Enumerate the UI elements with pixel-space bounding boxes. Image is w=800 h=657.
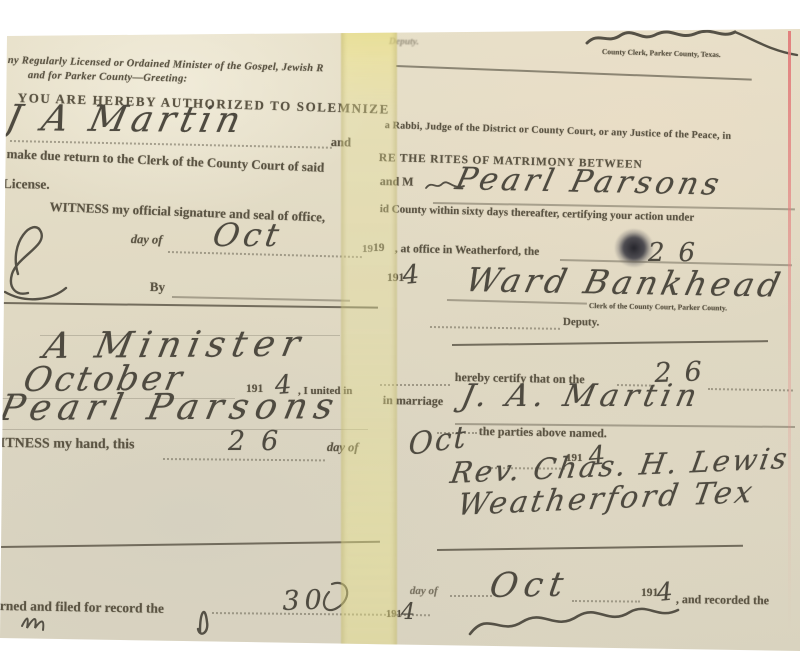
right-top-rule — [396, 65, 752, 81]
tape-strip — [341, 0, 397, 657]
groom-signature-left: J A Martin — [2, 98, 249, 141]
parties-named-line: the parties above named. — [479, 424, 607, 441]
office-weatherford-line: , at office in Weatherford, the — [395, 243, 540, 258]
rabbi-judge-line: a Rabbi, Judge of the District or County… — [385, 120, 732, 142]
certify-trail-line — [708, 388, 793, 391]
ledger-line-3 — [0, 429, 368, 430]
clerk-title-top: County Clerk, Parker County, Texas. — [602, 47, 721, 59]
deputy-line — [430, 326, 560, 330]
marriage-record-photo: ny Regularly Licensed or Ordained Minist… — [0, 0, 800, 657]
screenshot-root: { "document_kind": "Photograph of a 1914… — [0, 0, 800, 657]
bride-signature-left: Pearl Parsons — [0, 386, 344, 429]
signature-flourish-svg — [4, 208, 76, 304]
red-margin-line — [788, 31, 791, 631]
right-section-divider-2 — [437, 545, 743, 551]
left-section-divider — [0, 302, 378, 309]
right-section-divider — [452, 340, 768, 346]
year-digit-clerk: 4 — [401, 260, 420, 291]
by-label: By — [150, 279, 165, 295]
deputy-label: Deputy. — [563, 316, 600, 329]
clerk-small-title: Clerk of the County Court, Parker County… — [589, 301, 727, 312]
day-of-label: day of — [131, 232, 163, 248]
bride-signature-right: Pearl Parsons — [452, 161, 726, 202]
cutoff-handwriting-svg — [0, 570, 800, 655]
left-section-divider-2 — [0, 541, 380, 548]
day-26-left: 26 — [228, 426, 294, 457]
witness-hand-line: ITNESS my hand, this — [0, 436, 135, 453]
clerk-signature: Ward Bankhead — [462, 260, 788, 304]
groom-signature-right: J. A. Martin — [458, 378, 705, 414]
greeting-line: and for Parker County—Greeting: — [28, 70, 188, 85]
license-label: License. — [3, 176, 50, 193]
by-line — [172, 296, 350, 301]
month-oct-hand: Oct — [210, 216, 286, 254]
witness-hand-underline — [163, 458, 325, 461]
return-clause-line: make due return to the Clerk of the Coun… — [6, 146, 324, 176]
